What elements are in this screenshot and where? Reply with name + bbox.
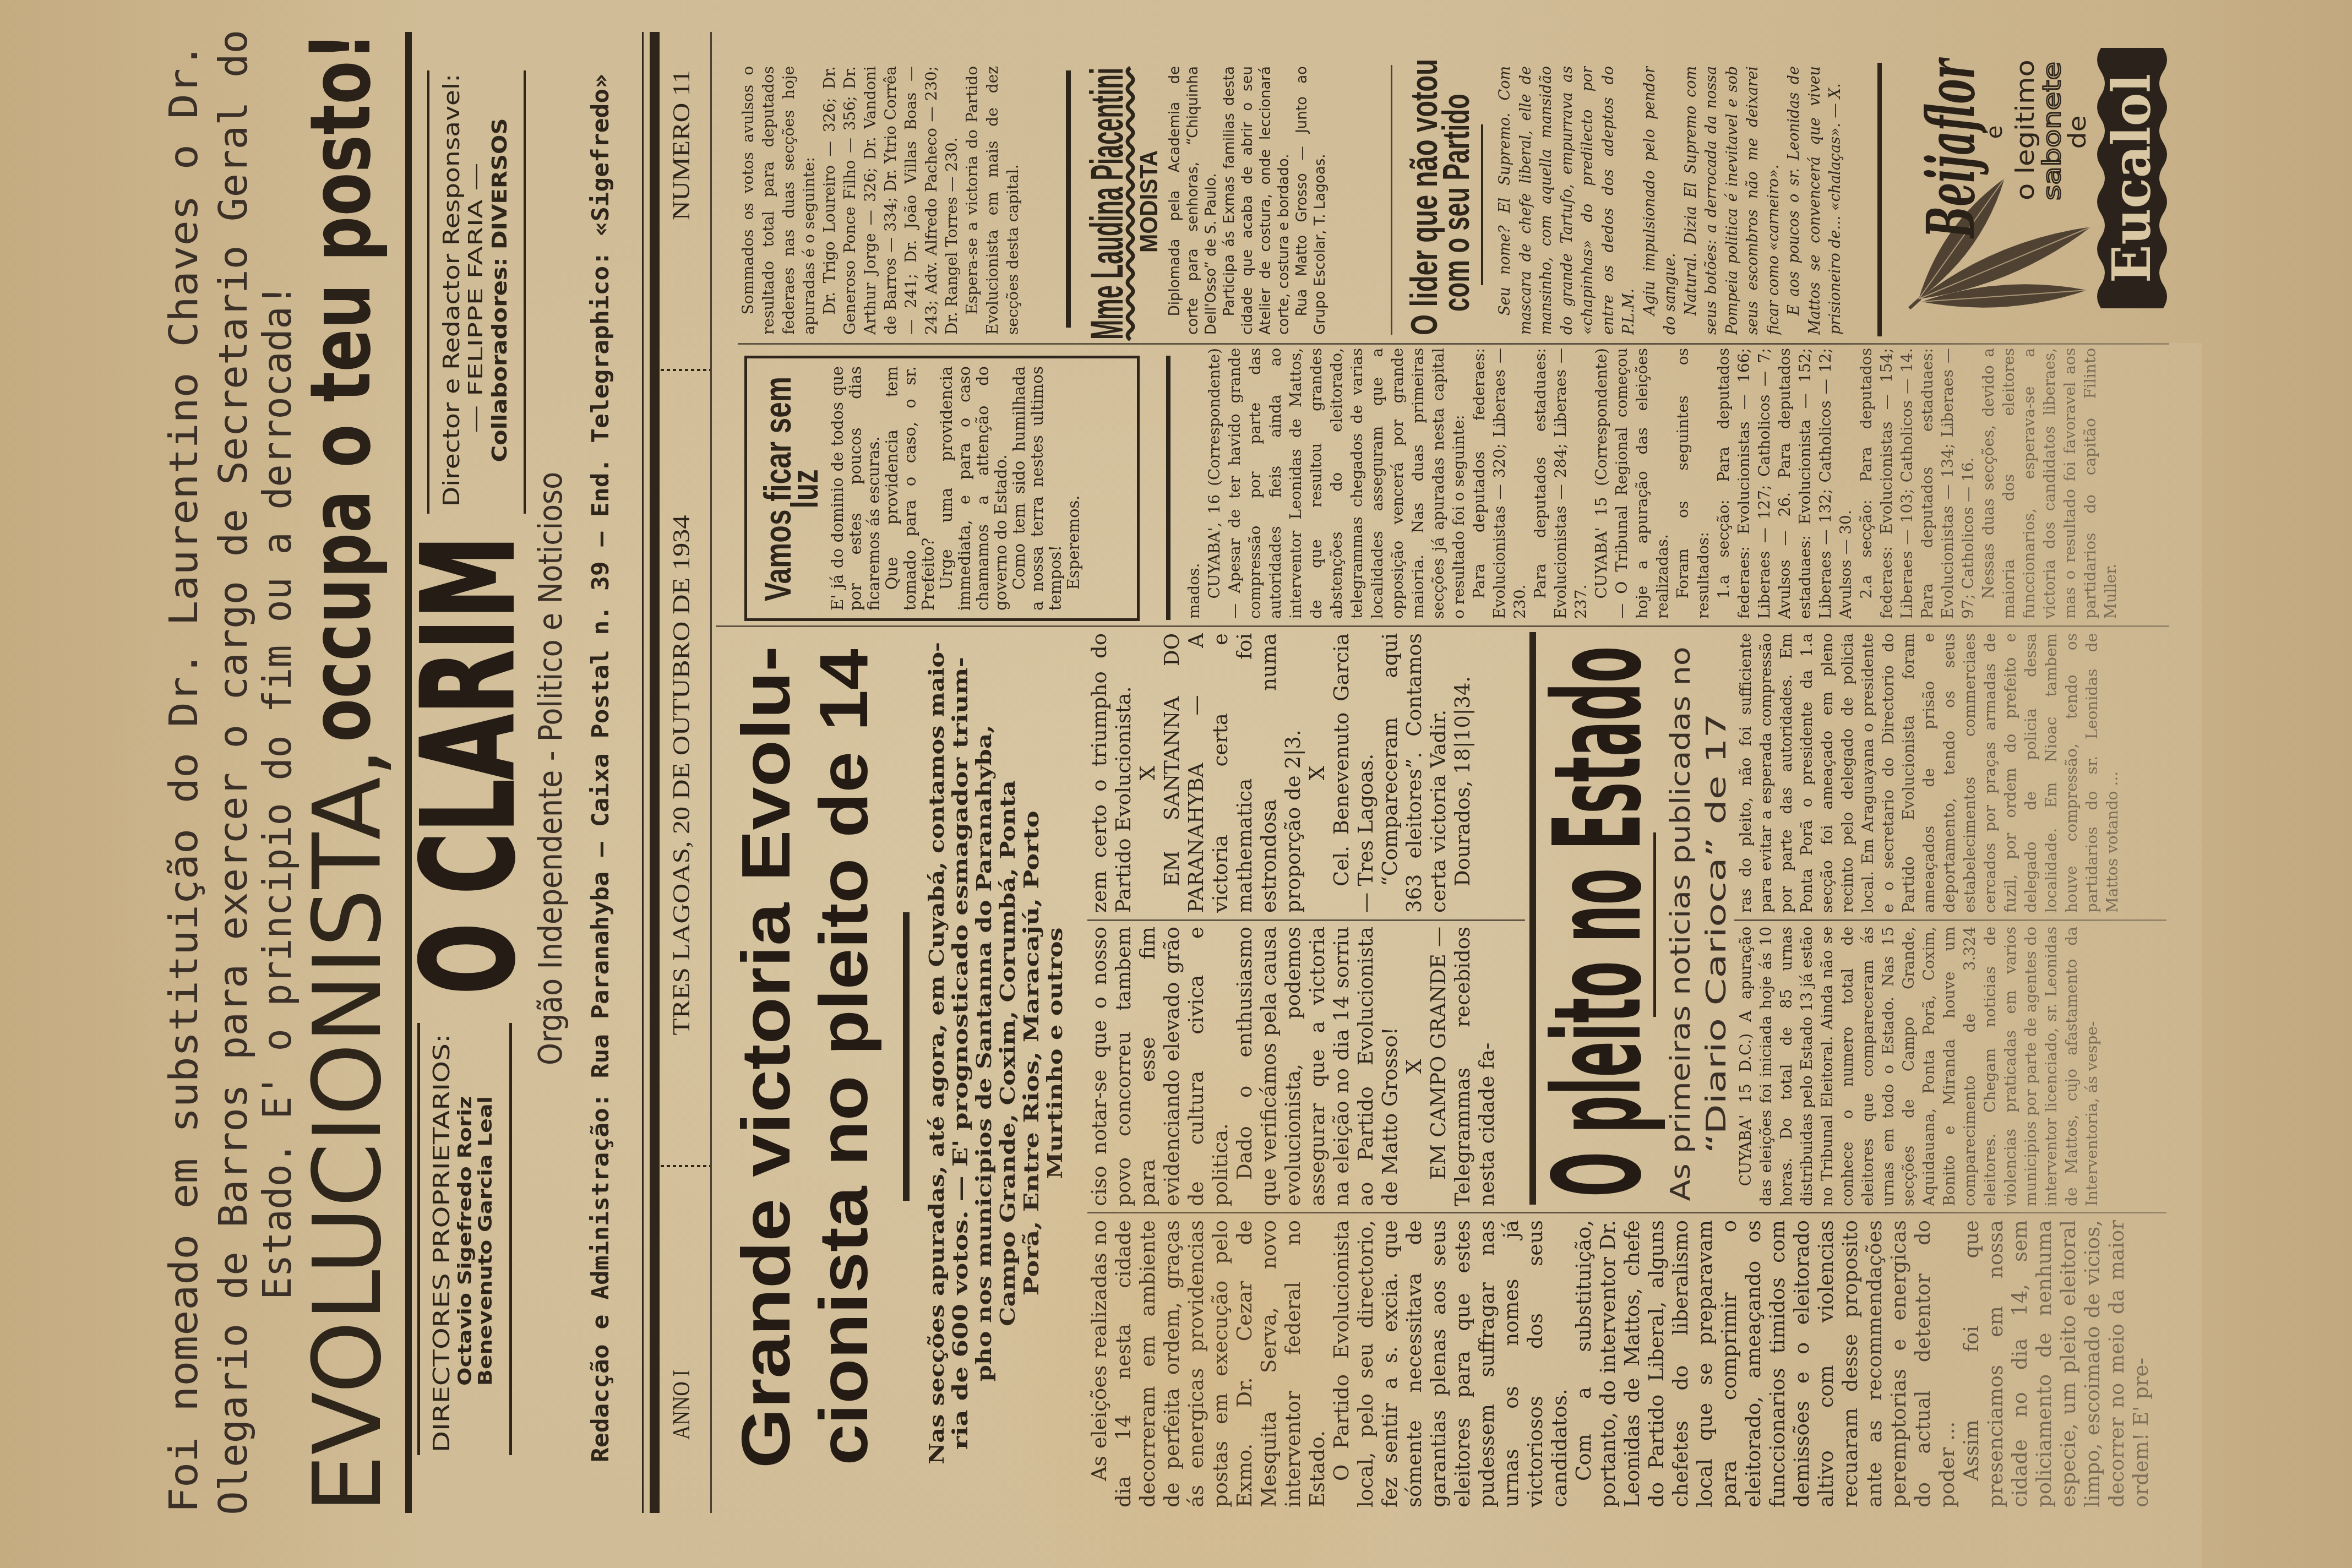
paragraph: Dado o enthusiasmo que verificámos pela … [1233,927,1402,1206]
slogan-rest: occupa o teu posto! [292,32,389,742]
director-name: Octavio Sigefredo Roriz [454,1096,476,1386]
section-separator: X [1402,927,1427,1206]
soap-ad-word: sabonete [2038,62,2066,200]
state-article-column-2: CUYABA' 15 D.C.) A apuração das eleições… [1735,927,2168,1206]
section-rule [1877,63,1882,336]
state-article-headline: O pleito no Estado [1527,646,1668,1197]
dressmaker-name: Mme Laudina Piacentini [1081,68,1133,340]
masthead-area: Foi nomeado em substituição do Dr. Laure… [0,0,716,1568]
paragraph: Urge uma providencia immediata, e para o… [938,366,1010,611]
lead-article-column-2: ciso notar-se que o nosso povo concorreu… [1087,927,1525,1206]
paragraph: Para deputados estaduaes: Evolucionistas… [1530,348,1591,619]
directors-box-bottom-rule [509,1023,512,1455]
heading-short-rule [1653,832,1656,1017]
paragraph: EM CAMPO GRANDE — Telegrammas recebidos … [1427,927,1499,1206]
lead-deck: Nas secções apuradas, até agora, em Cuya… [924,642,1067,1464]
paragraph: zem certo o triumpho do Partido Evolucio… [1087,633,1136,913]
section-separator: X [1136,633,1160,913]
column-rule [1734,919,2166,921]
slogan-caps: EVOLUCIONISTA, [293,748,402,1513]
paragraph: CUYABA' 15 (Correspondente) — O Tribunal… [1591,348,1673,619]
column-rule [716,625,2169,627]
issue-number: NUMERO 11 [668,70,695,220]
dateline-rule-thin [642,32,644,1513]
paragraph: As eleições realizadas no dia 14 nesta c… [1087,1220,1330,1507]
paragraph: mados. [1184,348,1204,619]
dressmaker-profession: MODISTA [1136,150,1163,253]
dressmaker-ad-body: Diplomada pela Academia de corte para se… [1166,66,1371,335]
paragraph: Assim foi que presenciamos em nossa cida… [1959,1220,2153,1507]
banner: Foi nomeado em substituição do Dr. Laure… [160,30,402,1515]
soap-ad: Beijaflor é o legitimo sabonete de Eucal… [1872,35,2180,343]
banner-line-1: Foi nomeado em substituição do Dr. Laure… [160,43,206,1513]
section-rule [1166,356,1170,620]
paragraph: Esperemos. [1065,366,1083,611]
tagline: Orgão Independente - Politico e Noticios… [532,472,569,1065]
dateline-bottom-rule [710,32,712,1513]
paragraph: Espera-se a victoria do Partido Evolucio… [962,66,1023,335]
lead-headline-line: cionista no pleito de 14 [805,649,882,1466]
lead-article-column-1: As eleições realizadas no dia 14 nesta c… [1087,1220,2166,1507]
column-rule [738,343,2169,345]
volume-number: ANNO I [668,1370,695,1440]
light-article-title-line: luz [784,470,824,509]
state-article-subheading: As primeiras noticias publicadas no [1664,647,1696,1201]
deck-line: Nas secções apuradas, até agora, em Cuya… [924,642,949,1464]
paragraph: 1.a secção: Para deputados federaes: Evo… [1713,348,1856,619]
headline-rule [903,912,910,1201]
soap-ad-word: é [1982,126,2007,139]
light-article-box: Vamos ficar sem luz E' já do dominio de … [744,356,1140,621]
paragraph: Participa ás Exmas familias desta cidade… [1221,66,1293,335]
lead-headline-area: Grande victoria Evolu- cionista no pleit… [716,621,1085,1568]
newspaper-title: O CLARIM [396,536,543,994]
deck-line: Campo Grande, Coxim, Corumbá, Ponta [995,780,1020,1326]
banner-line-2: Olegario de Barros para exercer o cargo … [210,30,256,1515]
address-line: Redacção e Administração: Rua Paranahyba… [587,74,614,1462]
editor-name: — FELIPPE FARIA — [465,163,487,433]
paragraph: Para deputados federaes: Evolucionistas … [1469,348,1530,619]
paragraph: 2.a secção: Para deputados federaes: Evo… [1856,348,1978,619]
cuyaba-report-column-4: mados.CUYABA', 16 (Correspondente) — Ape… [1184,348,2169,619]
lead-article-column-3: zem certo o triumpho do Partido Evolucio… [1087,633,1525,913]
paragraph: Diplomada pela Academia de corte para se… [1166,66,1221,335]
collaborators: Collaboradores: DIVERSOS [487,118,511,462]
light-article-body: E' já do dominio de todos que por estes … [829,366,1133,611]
paragraph: Como tem sido humilhada a nossa terra ne… [1010,366,1065,611]
state-article-heading: O pleito no Estado As primeiras noticias… [1520,621,1740,1216]
paragraph: E' já do dominio de todos que por estes … [829,366,883,611]
paragraph: Natural. Dizia El Supremo com seus botõe… [1681,66,1784,335]
paragraph: Agiu impulsionado pelo pendor do sangue. [1640,66,1681,335]
soap-ad-word: o legitimo [2010,59,2040,200]
paragraph: “Compareceram aqui 363 eleitores”. Conta… [1378,633,1451,913]
paragraph: Com a substituição, portanto, do interve… [1572,1220,1959,1507]
light-article-title: Vamos ficar sem luz [747,358,824,618]
paragraph: Rua Matto Grosso — Junto ao Grupo Escola… [1293,66,1330,335]
paragraph: CUYABA', 16 (Correspondente) — Apesar de… [1204,348,1469,619]
editor-box-bottom-rule [524,70,526,514]
paragraph: Foram os seguintes os resultados: [1673,348,1713,619]
deck-line: ria de 600 votos. — E' prognosticado esm… [948,657,972,1450]
paragraph: ciso notar-se que o nosso povo concorreu… [1087,927,1233,1206]
paragraph: Que providencia tem tomado para o caso, … [883,366,938,611]
editor-box: Director e Redactor Responsavel: — FELIP… [427,70,526,514]
newspaper-page: Foi nomeado em substituição do Dr. Laure… [0,0,2352,1568]
soap-ad-word: de [2064,116,2092,149]
deck-line: pho nos municipios de Santanna do Parana… [971,725,996,1382]
state-article-subheading: “Diario Carioca” de 17 [1700,713,1732,1153]
deck-line: Murtinho e outros [1042,928,1067,1179]
paragraph: EM SANTANNA DO PARANAHYBA — A victoria c… [1160,633,1305,913]
column-rule [1087,919,1525,921]
section-separator: X [1305,633,1330,913]
paragraph: Dourados, 18|10|34. [1451,633,1475,913]
place-and-date: TRES LAGOAS, 20 DE OUTUBRO DE 1934 [668,515,695,1036]
paragraph: E aos poucos o sr. Leonidas de Mattos se… [1784,66,1846,335]
paragraph: Dr. Trigo Loureiro — 326; Dr. Generoso P… [819,66,962,335]
cuyaba-report-column-5: Sommados os votos avulsos o resultado to… [738,66,1064,335]
soap-brand: Beijaflor [1912,57,1990,239]
paragraph: Sommados os votos avulsos o resultado to… [738,66,819,335]
lead-headline-line: Grande victoria Evolu- [728,646,804,1468]
title-short-rule [1481,124,1483,285]
directors-box-top-rule [417,1023,420,1455]
paragraph: CUYABA' 15 D.C.) A apuração das eleições… [1735,927,2102,1206]
dateline-rule-thick [650,32,660,1513]
deck-line: Porã, Entre Rios, Maracajú, Porto [1019,811,1043,1296]
paragraph: Cel. Benevenuto Garcia — Tres Lagoas. [1330,633,1378,913]
directors-label: DIRECTORES PROPRIETARIOS: [429,1034,455,1452]
paragraph: Seu nome? El Supremo. Com mascara de che… [1495,66,1640,335]
paragraph: Nessas duas secções, devido a maioria do… [1978,348,2121,619]
director-name: Benevenuto Garcia Leal [475,1096,496,1386]
paragraph: O Partido Evolucionista local, pelo seu … [1330,1220,1572,1507]
section-rule [1066,70,1071,328]
section-rule [1391,65,1392,335]
soap-product-name: Eucalol [2100,74,2163,283]
editor-box-top-rule [427,70,429,514]
leader-article-body: Seu nome? El Supremo. Com mascara de che… [1495,66,1861,335]
leader-article-title-line: com o seu Partido [1435,94,1477,312]
state-article-column-3: ras do pleito, não foi sufficiente para … [1735,633,2168,913]
editor-label: Director e Redactor Responsavel: [439,74,465,507]
paragraph: ras do pleito, não foi sufficiente para … [1735,633,2122,913]
directors-box: DIRECTORES PROPRIETARIOS: Octavio Sigefr… [417,1023,512,1455]
